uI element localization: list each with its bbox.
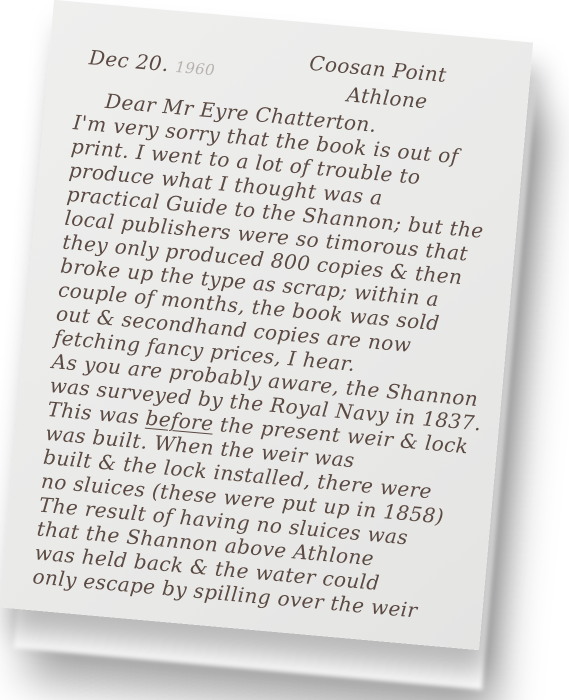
handwritten-letter-continued [84,2,522,41]
letter-paper-overflow [0,0,533,650]
